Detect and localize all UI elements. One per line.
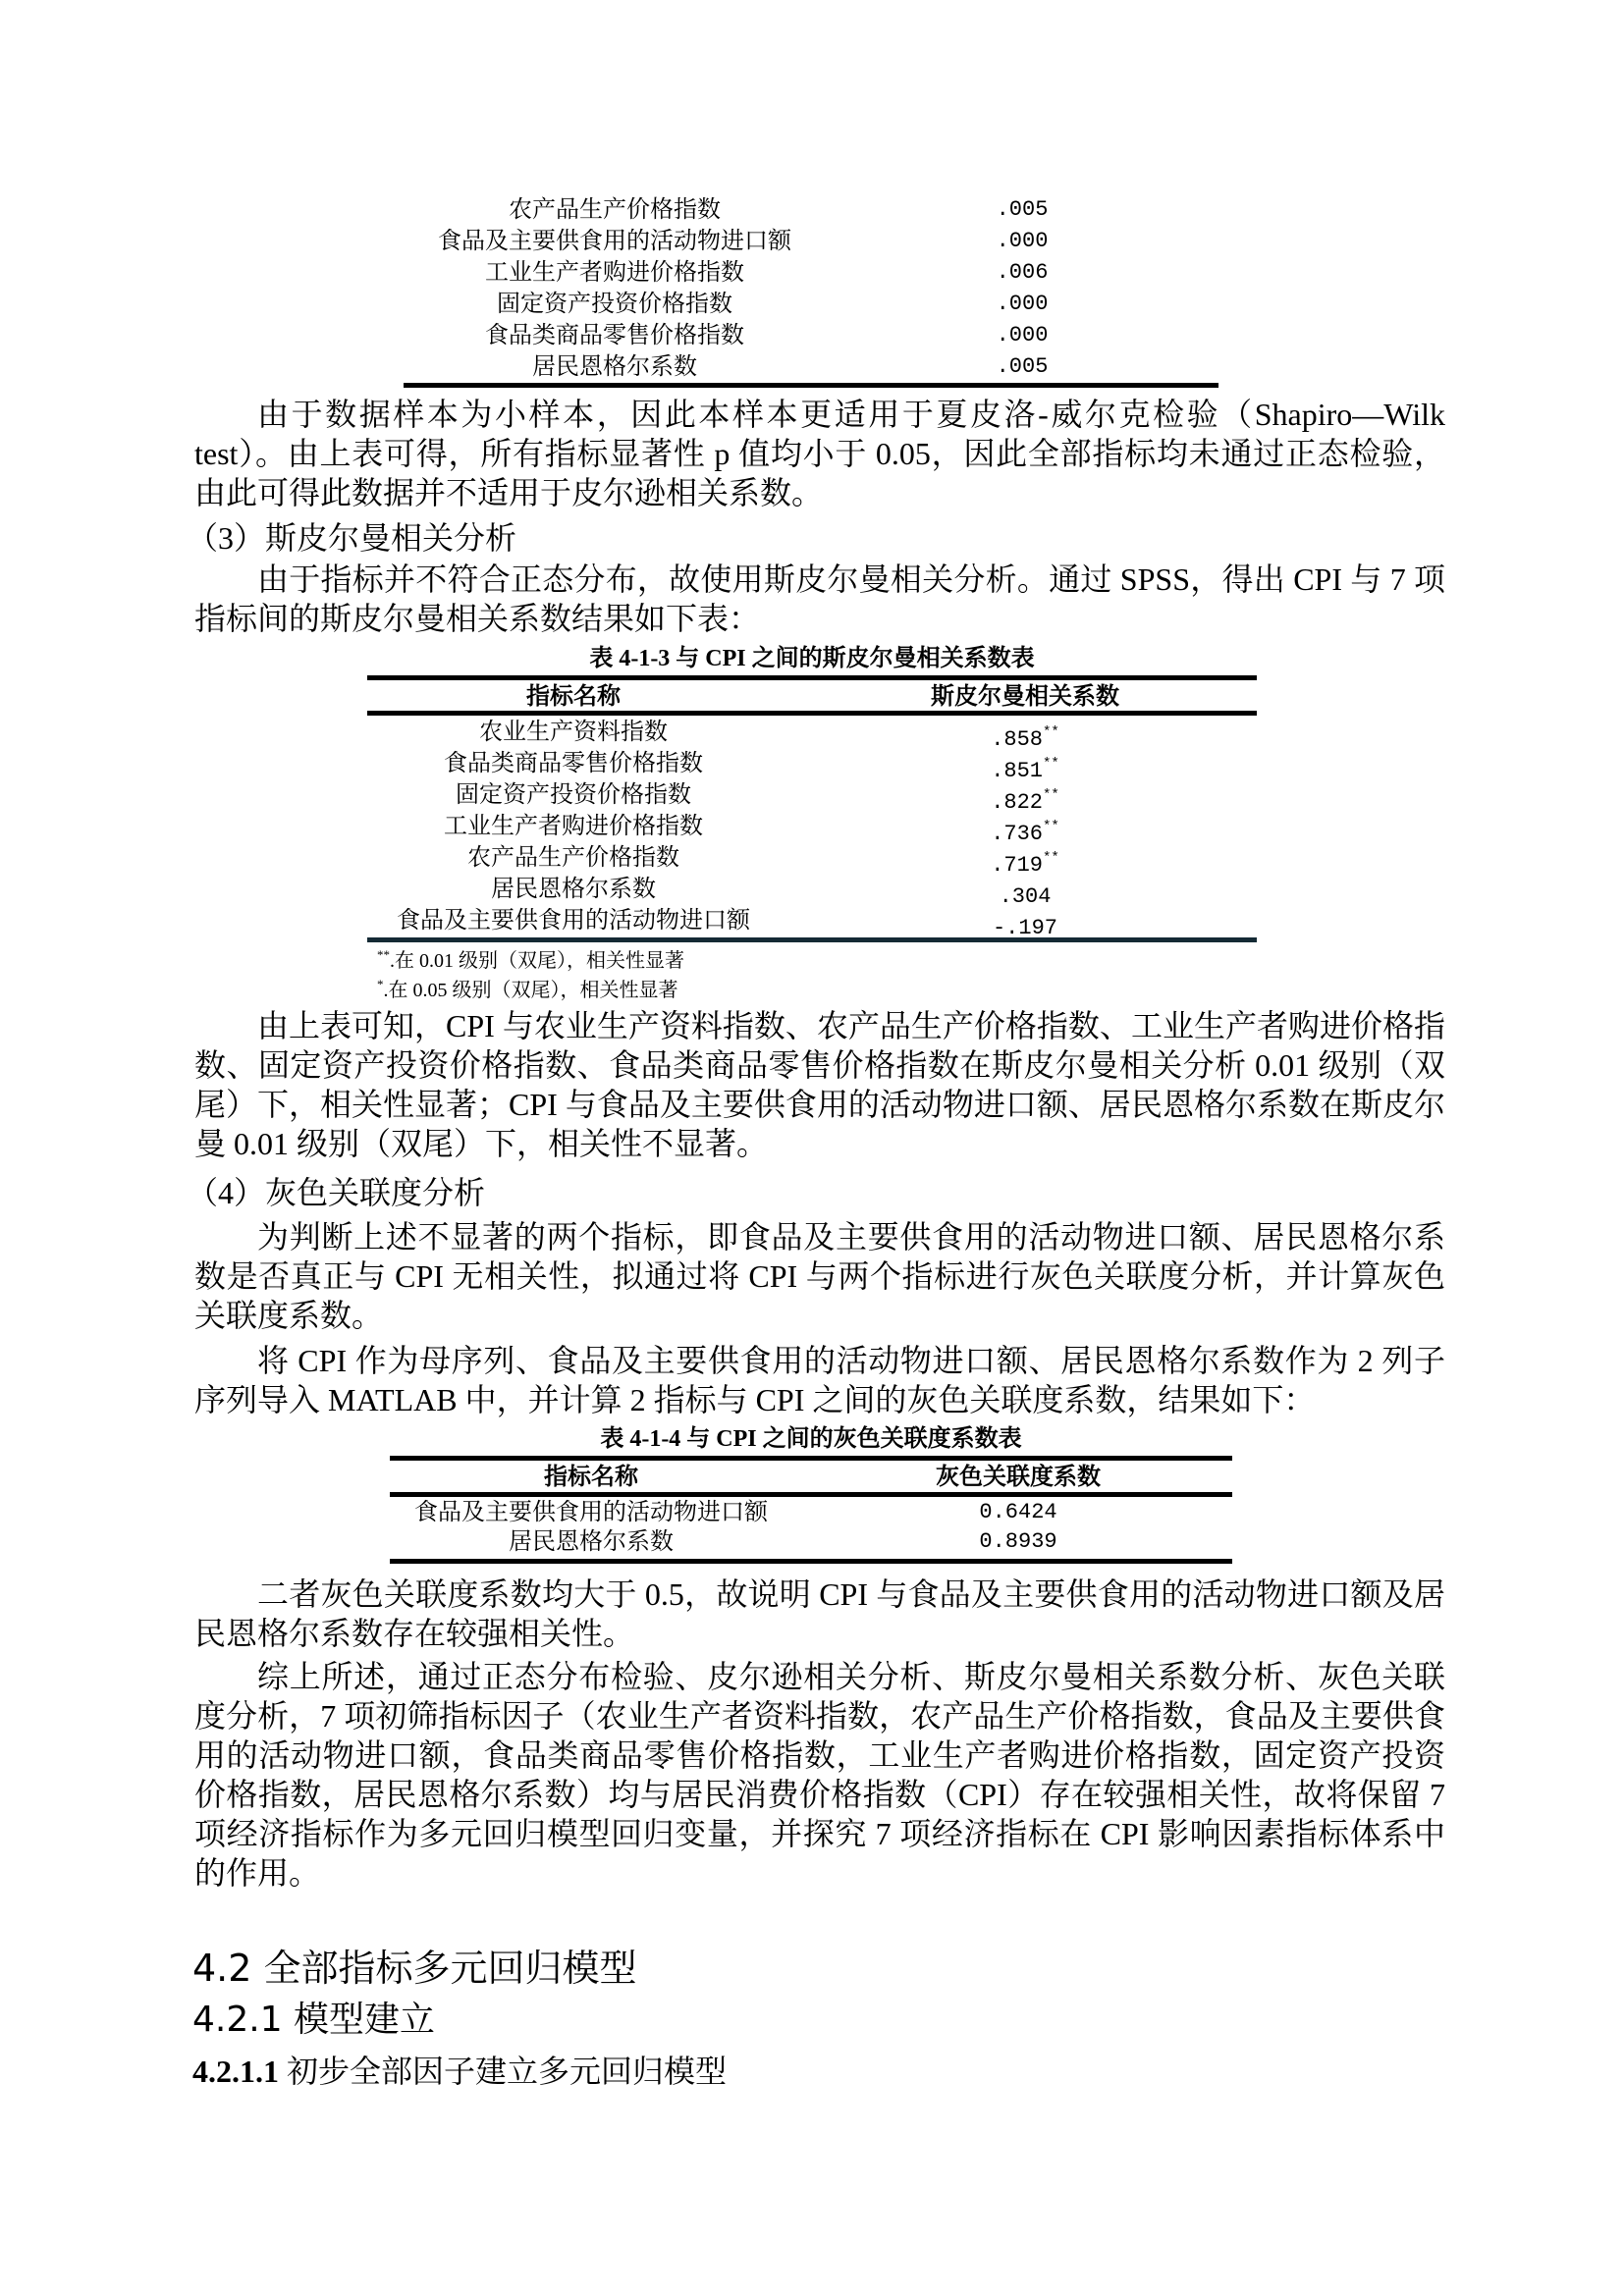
footnote-text: .在 0.05 级别（双尾），相关性显著 — [384, 980, 678, 1001]
paragraph-grey-result: 二者灰色关联度系数均大于 0.5，故说明 CPI 与食品及主要供食用的活动物进口… — [194, 1575, 1445, 1653]
paragraph-spearman-result: 由上表可知，CPI 与农业生产资料指数、农产品生产价格指数、工业生产者购进价格指… — [194, 1006, 1445, 1163]
indicator-name: 食品及主要供食用的活动物进口额 — [404, 226, 826, 257]
subsection-spearman: （3）斯皮尔曼相关分析 — [187, 518, 516, 558]
p-value: .005 — [973, 194, 1071, 226]
table-row: 农产品生产价格指数 .005 — [404, 194, 1218, 226]
indicator-name: 居民恩格尔系数 — [404, 351, 826, 383]
significance-mark: ** — [1043, 756, 1059, 772]
table-row: 固定资产投资价格指数 .822** — [367, 779, 1257, 811]
p-value: .005 — [973, 351, 1071, 383]
table-bottom-rule — [390, 1559, 1232, 1564]
table-row: 固定资产投资价格指数 .000 — [404, 289, 1218, 320]
table-row: 居民恩格尔系数 .005 — [404, 351, 1218, 383]
section-heading-4-2: 4.2 全部指标多元回归模型 — [192, 1946, 637, 1991]
document-page: 农产品生产价格指数 .005 食品及主要供食用的活动物进口额 .000 工业生产… — [0, 0, 1624, 2296]
indicator-name: 食品及主要供食用的活动物进口额 — [367, 905, 780, 936]
paragraph-shapiro-wilk: 由于数据样本为小样本，因此本样本更适用于夏皮洛-威尔克检验（Shapiro—Wi… — [194, 395, 1445, 512]
table-row: 食品类商品零售价格指数 .000 — [404, 320, 1218, 351]
grey-coef-value: 0.6424 — [949, 1497, 1087, 1528]
table-row: 食品及主要供食用的活动物进口额 0.6424 — [390, 1497, 1232, 1528]
table-row: 农业生产资料指数 .858** — [367, 717, 1257, 748]
p-value: .006 — [973, 257, 1071, 289]
indicator-name: 固定资产投资价格指数 — [367, 779, 780, 811]
table-row: 工业生产者购进价格指数 .736** — [367, 811, 1257, 842]
spearman-table: 指标名称 斯皮尔曼相关系数 农业生产资料指数 .858** 食品类商品零售价格指… — [367, 675, 1257, 936]
table-row: 居民恩格尔系数 .304 — [367, 874, 1257, 905]
significance-mark: ** — [1043, 850, 1059, 866]
significance-mark: ** — [1043, 787, 1059, 803]
table-row: 食品类商品零售价格指数 .851** — [367, 748, 1257, 779]
indicator-name: 食品类商品零售价格指数 — [367, 748, 780, 779]
footnote-significance-001: **.在 0.01 级别（双尾），相关性显著 — [377, 942, 684, 974]
paragraph-matlab: 将 CPI 作为母序列、食品及主要供食用的活动物进口额、居民恩格尔系数作为 2 … — [194, 1341, 1445, 1419]
table-row: 食品及主要供食用的活动物进口额 -.197 — [367, 905, 1257, 936]
paragraph-spearman-intro: 由于指标并不符合正态分布，故使用斯皮尔曼相关分析。通过 SPSS，得出 CPI … — [194, 560, 1445, 638]
indicator-name: 居民恩格尔系数 — [367, 874, 780, 905]
section-heading-4-2-1-1: 4.2.1.1 初步全部因子建立多元回归模型 — [192, 2052, 727, 2091]
grey-relational-table: 指标名称 灰色关联度系数 食品及主要供食用的活动物进口额 0.6424 居民恩格… — [390, 1456, 1232, 1564]
indicator-name: 食品及主要供食用的活动物进口额 — [390, 1497, 792, 1528]
table-caption: 表 4-1-4 与 CPI 之间的灰色关联度系数表 — [390, 1424, 1232, 1454]
normality-table-tail: 农产品生产价格指数 .005 食品及主要供食用的活动物进口额 .000 工业生产… — [404, 194, 1218, 391]
footnote-mark: ** — [377, 947, 390, 962]
table-row: 农产品生产价格指数 .719** — [367, 842, 1257, 874]
table-header-row: 指标名称 斯皮尔曼相关系数 — [367, 680, 1257, 711]
p-value: .000 — [973, 226, 1071, 257]
subsection-grey-relational: （4）灰色关联度分析 — [187, 1173, 485, 1212]
header-spearman-coef: 斯皮尔曼相关系数 — [878, 680, 1172, 712]
indicator-name: 工业生产者购进价格指数 — [404, 257, 826, 289]
indicator-name: 农产品生产价格指数 — [367, 842, 780, 874]
indicator-name: 居民恩格尔系数 — [390, 1526, 792, 1558]
significance-mark: ** — [1043, 724, 1059, 740]
indicator-name: 食品类商品零售价格指数 — [404, 320, 826, 351]
table-row: 食品及主要供食用的活动物进口额 .000 — [404, 226, 1218, 257]
header-indicator-name: 指标名称 — [390, 1461, 792, 1492]
footnote-text: .在 0.01 级别（双尾），相关性显著 — [390, 950, 684, 972]
table-bottom-rule — [404, 383, 1218, 388]
indicator-name: 工业生产者购进价格指数 — [367, 811, 780, 842]
p-value: .000 — [973, 320, 1071, 351]
indicator-name: 农业生产资料指数 — [367, 717, 780, 748]
footnote-significance-005: *.在 0.05 级别（双尾），相关性显著 — [377, 972, 678, 1003]
table-row: 工业生产者购进价格指数 .006 — [404, 257, 1218, 289]
paragraph-grey-intro: 为判断上述不显著的两个指标，即食品及主要供食用的活动物进口额、居民恩格尔系数是否… — [194, 1217, 1445, 1335]
heading-text: 初步全部因子建立多元回归模型 — [279, 2054, 727, 2089]
table-caption: 表 4-1-3 与 CPI 之间的斯皮尔曼相关系数表 — [367, 644, 1257, 673]
table-row: 居民恩格尔系数 0.8939 — [390, 1526, 1232, 1558]
p-value: .000 — [973, 289, 1071, 320]
significance-mark: ** — [1043, 819, 1059, 834]
grey-coef-value: 0.8939 — [949, 1526, 1087, 1558]
indicator-name: 农产品生产价格指数 — [404, 194, 826, 226]
heading-number: 4.2.1.1 — [192, 2054, 279, 2089]
section-heading-4-2-1: 4.2.1 模型建立 — [192, 1999, 435, 2042]
paragraph-summary: 综上所述，通过正态分布检验、皮尔逊相关分析、斯皮尔曼相关系数分析、灰色关联度分析… — [194, 1657, 1445, 1893]
table-header-rule — [367, 711, 1257, 716]
header-grey-coef: 灰色关联度系数 — [871, 1461, 1165, 1492]
indicator-name: 固定资产投资价格指数 — [404, 289, 826, 320]
table-header-row: 指标名称 灰色关联度系数 — [390, 1461, 1232, 1491]
header-indicator-name: 指标名称 — [367, 680, 780, 712]
